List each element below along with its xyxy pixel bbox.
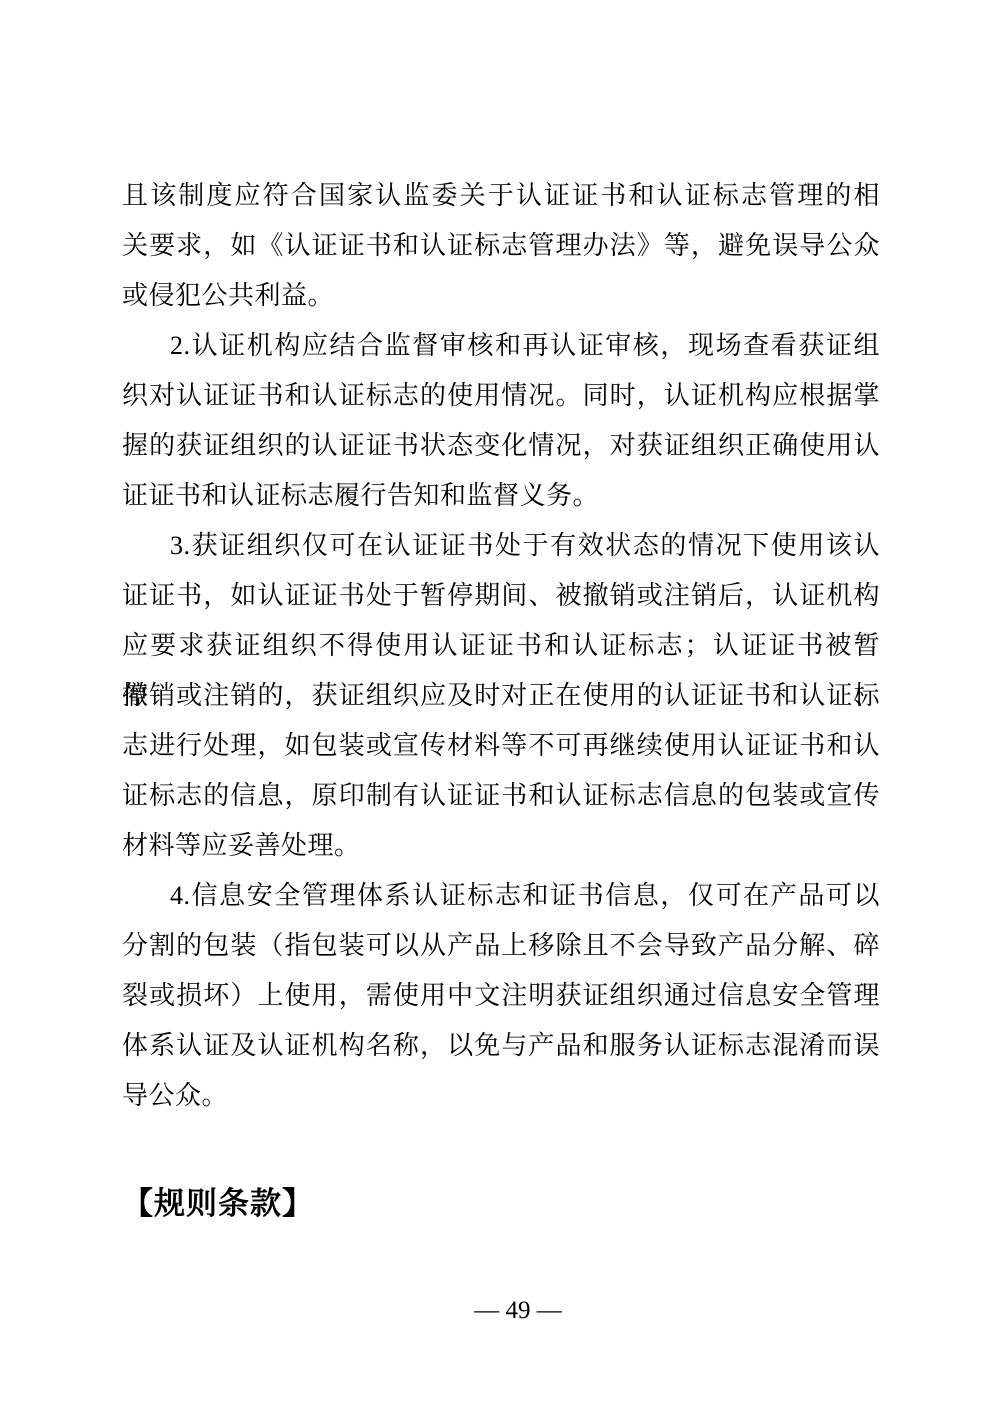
text-line: 且该制度应符合国家认监委关于认证证书和认证标志管理的相 (122, 171, 880, 221)
text-line: 裂或损坏）上使用，需使用中文注明获证组织通过信息安全管理 (122, 971, 880, 1021)
text-line: 3.获证组织仅可在认证证书处于有效状态的情况下使用该认 (122, 521, 880, 571)
text-line: 材料等应妥善处理。 (122, 821, 880, 871)
section-heading: 【规则条款】 (122, 1186, 314, 1222)
text-line: 2.认证机构应结合监督审核和再认证审核，现场查看获证组 (122, 321, 880, 371)
document-page: 且该制度应符合国家认监委关于认证证书和认证标志管理的相关要求，如《认证证书和认证… (0, 0, 1000, 1414)
text-line: 导公众。 (122, 1071, 880, 1121)
page-number: — 49 — (18, 1294, 1000, 1328)
text-line: 志进行处理，如包装或宣传材料等不可再继续使用认证证书和认 (122, 721, 880, 771)
text-line: 证证书，如认证证书处于暂停期间、被撤销或注销后，认证机构 (122, 571, 880, 621)
document-body: 且该制度应符合国家认监委关于认证证书和认证标志管理的相关要求，如《认证证书和认证… (122, 171, 880, 1121)
text-line: 体系认证及认证机构名称，以免与产品和服务认证标志混淆而误 (122, 1021, 880, 1071)
text-line: 应要求获证组织不得使用认证证书和认证标志；认证证书被暂停、 (122, 621, 880, 671)
text-line: 证标志的信息，原印制有认证证书和认证标志信息的包装或宣传 (122, 771, 880, 821)
text-line: 关要求，如《认证证书和认证标志管理办法》等，避免误导公众 (122, 221, 880, 271)
text-line: 握的获证组织的认证证书状态变化情况，对获证组织正确使用认 (122, 421, 880, 471)
text-line: 撤销或注销的，获证组织应及时对正在使用的认证证书和认证标 (122, 671, 880, 721)
text-line: 4.信息安全管理体系认证标志和证书信息，仅可在产品可以 (122, 871, 880, 921)
text-line: 证证书和认证标志履行告知和监督义务。 (122, 471, 880, 521)
text-line: 或侵犯公共利益。 (122, 271, 880, 321)
text-line: 分割的包装（指包装可以从产品上移除且不会导致产品分解、碎 (122, 921, 880, 971)
text-line: 织对认证证书和认证标志的使用情况。同时，认证机构应根据掌 (122, 371, 880, 421)
